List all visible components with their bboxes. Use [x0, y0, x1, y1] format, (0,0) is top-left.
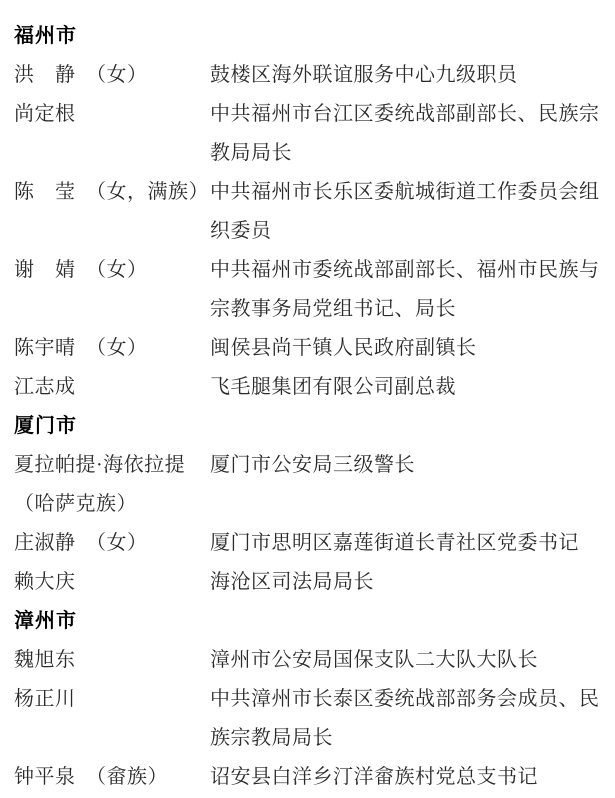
section-header-zhangzhou: 漳州市	[14, 602, 601, 641]
entry-name: 魏旭东	[14, 641, 210, 680]
entry-position: 中共福州市委统战部副部长、福州市民族与 宗教事务局党组书记、局长	[210, 251, 601, 329]
entry-row: 洪 静 （女） 鼓楼区海外联谊服务中心九级职员	[14, 56, 601, 95]
entry-position: 中共福州市台江区委统战部副部长、民族宗 教局局长	[210, 95, 601, 173]
entry-position: 飞毛腿集团有限公司副总裁	[210, 368, 601, 407]
entry-position: 鼓楼区海外联谊服务中心九级职员	[210, 56, 601, 95]
entry-position: 闽侯县尚干镇人民政府副镇长	[210, 329, 601, 368]
entry-name: 江志成	[14, 368, 210, 407]
entry-name: 尚定根	[14, 95, 210, 134]
entry-position: 厦门市公安局三级警长	[210, 446, 601, 485]
entry-position: 漳州市公安局国保支队二大队大队长	[210, 641, 601, 680]
section-header-xiamen: 厦门市	[14, 407, 601, 446]
entry-name: 庄淑静 （女）	[14, 524, 210, 563]
entry-name: 钟平泉 （畲族）	[14, 758, 210, 797]
entry-name: 杨正川	[14, 680, 210, 719]
document-page: 福州市 洪 静 （女） 鼓楼区海外联谊服务中心九级职员 尚定根 中共福州市台江区…	[0, 0, 615, 798]
entry-name: 陈宇晴 （女）	[14, 329, 210, 368]
section-header-fuzhou: 福州市	[14, 17, 601, 56]
entry-name: 洪 静 （女）	[14, 56, 210, 95]
entry-name: 陈 莹 （女，满族）	[14, 173, 210, 212]
entry-position: 中共漳州市长泰区委统战部部务会成员、民 族宗教局局长	[210, 680, 601, 758]
entry-name: 赖大庆	[14, 563, 210, 602]
entry-position: 诏安县白洋乡汀洋畲族村党总支书记	[210, 758, 601, 797]
entry-row: 陈宇晴 （女） 闽侯县尚干镇人民政府副镇长	[14, 329, 601, 368]
entry-row: 庄淑静 （女） 厦门市思明区嘉莲街道长青社区党委书记	[14, 524, 601, 563]
entry-row: 谢 婧 （女） 中共福州市委统战部副部长、福州市民族与 宗教事务局党组书记、局长	[14, 251, 601, 329]
entry-row: 钟平泉 （畲族） 诏安县白洋乡汀洋畲族村党总支书记	[14, 758, 601, 797]
entry-row: 杨正川 中共漳州市长泰区委统战部部务会成员、民 族宗教局局长	[14, 680, 601, 758]
entry-row: 尚定根 中共福州市台江区委统战部副部长、民族宗 教局局长	[14, 95, 601, 173]
entry-row: 魏旭东 漳州市公安局国保支队二大队大队长	[14, 641, 601, 680]
entry-row: 江志成 飞毛腿集团有限公司副总裁	[14, 368, 601, 407]
entry-row: 赖大庆 海沧区司法局局长	[14, 563, 601, 602]
entry-position: 厦门市思明区嘉莲街道长青社区党委书记	[210, 524, 601, 563]
entry-position: 中共福州市长乐区委航城街道工作委员会组 织委员	[210, 173, 601, 251]
entry-name: 夏拉帕提·海依拉提 （哈萨克族）	[14, 446, 210, 524]
entry-name: 谢 婧 （女）	[14, 251, 210, 290]
entry-position: 海沧区司法局局长	[210, 563, 601, 602]
entry-row: 陈 莹 （女，满族） 中共福州市长乐区委航城街道工作委员会组 织委员	[14, 173, 601, 251]
entry-row: 夏拉帕提·海依拉提 （哈萨克族） 厦门市公安局三级警长	[14, 446, 601, 524]
